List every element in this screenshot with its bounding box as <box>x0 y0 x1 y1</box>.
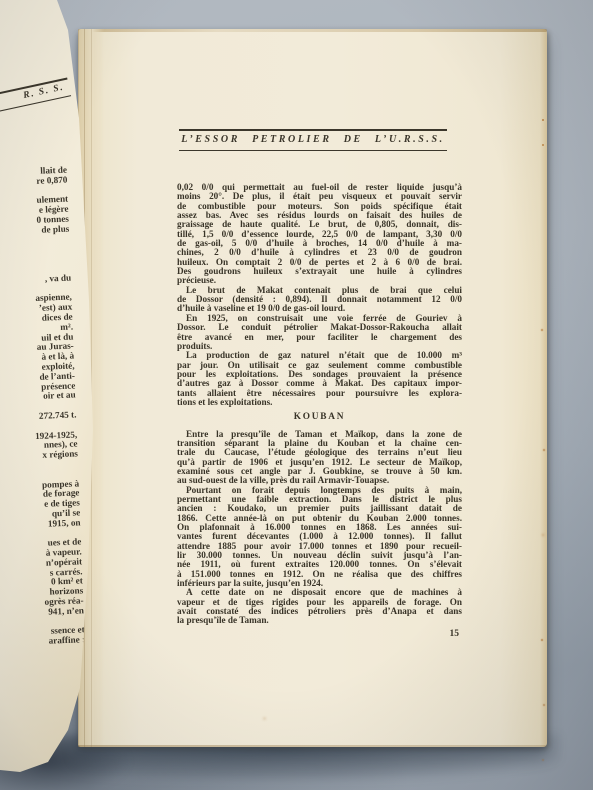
text-line: permettant une faible extraction. Dans l… <box>177 495 462 504</box>
right-page: L’ESSOR PETROLIER DE L’U.R.S.S. 0,02 0/0… <box>78 29 547 747</box>
text-line: d’autres gaz à Dossor comme à Makat. Des… <box>177 379 462 388</box>
text-line: trale du Caucase, l’étude géologique des… <box>177 448 462 457</box>
text-line: 1866. Cette année-là on put obtenir du K… <box>177 514 462 523</box>
left-page-text-line: araffine : <box>0 636 85 650</box>
paragraph: A cette date on ne disposait encore que … <box>177 588 462 625</box>
left-page-running-head: R. S. S. <box>0 78 71 116</box>
text-line: vapeur et de tiges rigides pour les appa… <box>177 598 462 607</box>
text-line: La production de gaz naturel n’était que… <box>177 351 462 360</box>
text-line: la presqu’île de Taman. <box>177 616 462 625</box>
text-line: moins 20°. De plus, il était peu visqueu… <box>177 192 462 201</box>
text-line: Pourtant on forait depuis longtemps des … <box>177 486 462 495</box>
text-line: On plafonnait à 16.000 tonnes en 1868. L… <box>177 523 462 532</box>
text-line: A cette date on ne disposait encore que … <box>177 588 462 597</box>
text-line: à 151.000 tonnes en 1912. On ne réalisa … <box>177 570 462 579</box>
text-line: précieuse. <box>177 276 462 285</box>
text-line: tants allaient être nécessaires pour pou… <box>177 389 462 398</box>
text-line: de combustible pour moteurs. Son poids s… <box>177 202 462 211</box>
paragraph: 0,02 0/0 qui permettait au fuel-oil de r… <box>177 183 462 286</box>
text-line: née 1911, où furent extraites 120.000 to… <box>177 560 462 569</box>
photo-background: L’ESSOR PETROLIER DE L’U.R.S.S. 0,02 0/0… <box>0 0 593 790</box>
page-content: L’ESSOR PETROLIER DE L’U.R.S.S. 0,02 0/0… <box>177 29 462 639</box>
text-line: par jour. On utilisait ce gaz seulement … <box>177 361 462 370</box>
section-heading: KOUBAN <box>177 413 462 422</box>
text-line: tillé, 1,5 0/0 d’essence lourde, 22,5 0/… <box>177 230 462 239</box>
paragraph: En 1925, on construisait une voie ferrée… <box>177 314 462 351</box>
text-line: examiné sous cet angle par J. Goubkine, … <box>177 467 462 476</box>
paragraph: Entre la presqu’île de Taman et Maïkop, … <box>177 430 462 486</box>
text-line: avait constaté des indices pétroliers pr… <box>177 607 462 616</box>
running-head-rule-bottom <box>179 150 447 152</box>
text-line: Le brut de Makat contenait plus de brai … <box>177 286 462 295</box>
text-line: assez bas. Avec ses résidus lourds on fa… <box>177 211 462 220</box>
text-line: inférieurs par la suite, jusqu’en 1924. <box>177 579 462 588</box>
text-line: pour les exploitations. Des sondages pro… <box>177 370 462 379</box>
text-line: 0,02 0/0 qui permettait au fuel-oil de r… <box>177 183 462 192</box>
text-line: qu’à partir de 1906 et jusqu’en 1912. Le… <box>177 458 462 467</box>
text-line: Entre la presqu’île de Taman et Maïkop, … <box>177 430 462 439</box>
paragraph: La production de gaz naturel n’était que… <box>177 351 462 407</box>
page-number: 15 <box>177 630 462 639</box>
text-line: lir 30.000 tonnes. Un nouveau déclin sui… <box>177 551 462 560</box>
text-line: graissage de haute qualité. Le brut, de … <box>177 220 462 229</box>
text-line: vantes furent décevantes (1.000 à 12.000… <box>177 532 462 541</box>
text-line: Des goudrons huileux s’extrayait une hui… <box>177 267 462 276</box>
text-line: être avancé en mer, pour faciliter le ch… <box>177 333 462 342</box>
text-line: chines, 2 0/0 d’huile à cylindres et 23 … <box>177 248 462 257</box>
text-line: d’huile à vaseline et 19 0/0 de gas-oil … <box>177 304 462 313</box>
text-line: attendre 1885 pour avoir 17.000 tonnes e… <box>177 542 462 551</box>
paragraph: Pourtant on forait depuis longtemps des … <box>177 486 462 589</box>
page-body-text: 0,02 0/0 qui permettait au fuel-oil de r… <box>177 183 462 626</box>
text-line: de gas-oil, 5 0/0 d’huile à broches, 14 … <box>177 239 462 248</box>
left-page-text-fragments: llait dere 0,870ulemente légère0 tonnesd… <box>0 166 85 650</box>
text-line: En 1925, on construisait une voie ferrée… <box>177 314 462 323</box>
paragraph: Le brut de Makat contenait plus de brai … <box>177 286 462 314</box>
text-line: au sud-ouest de la ville, près du rail A… <box>177 476 462 485</box>
page-title: L’ESSOR PETROLIER DE L’U.R.S.S. <box>179 131 447 150</box>
text-line: tions et les exploitations. <box>177 398 462 407</box>
text-line: Dossor. Le conduit pétrolier Makat-Dosso… <box>177 323 462 332</box>
foxing-spots-edge <box>542 119 544 121</box>
text-line: ancien : Koudako, un premier puits jaill… <box>177 504 462 513</box>
text-line: transition séparant la plaine du Kouban … <box>177 439 462 448</box>
running-head: L’ESSOR PETROLIER DE L’U.R.S.S. <box>179 129 447 151</box>
text-line: huileux. On comptait 2 0/0 de pertes et … <box>177 258 462 267</box>
text-line: de Dossor (densité : 0,894). Il donnait … <box>177 295 462 304</box>
text-line: produits. <box>177 342 462 351</box>
